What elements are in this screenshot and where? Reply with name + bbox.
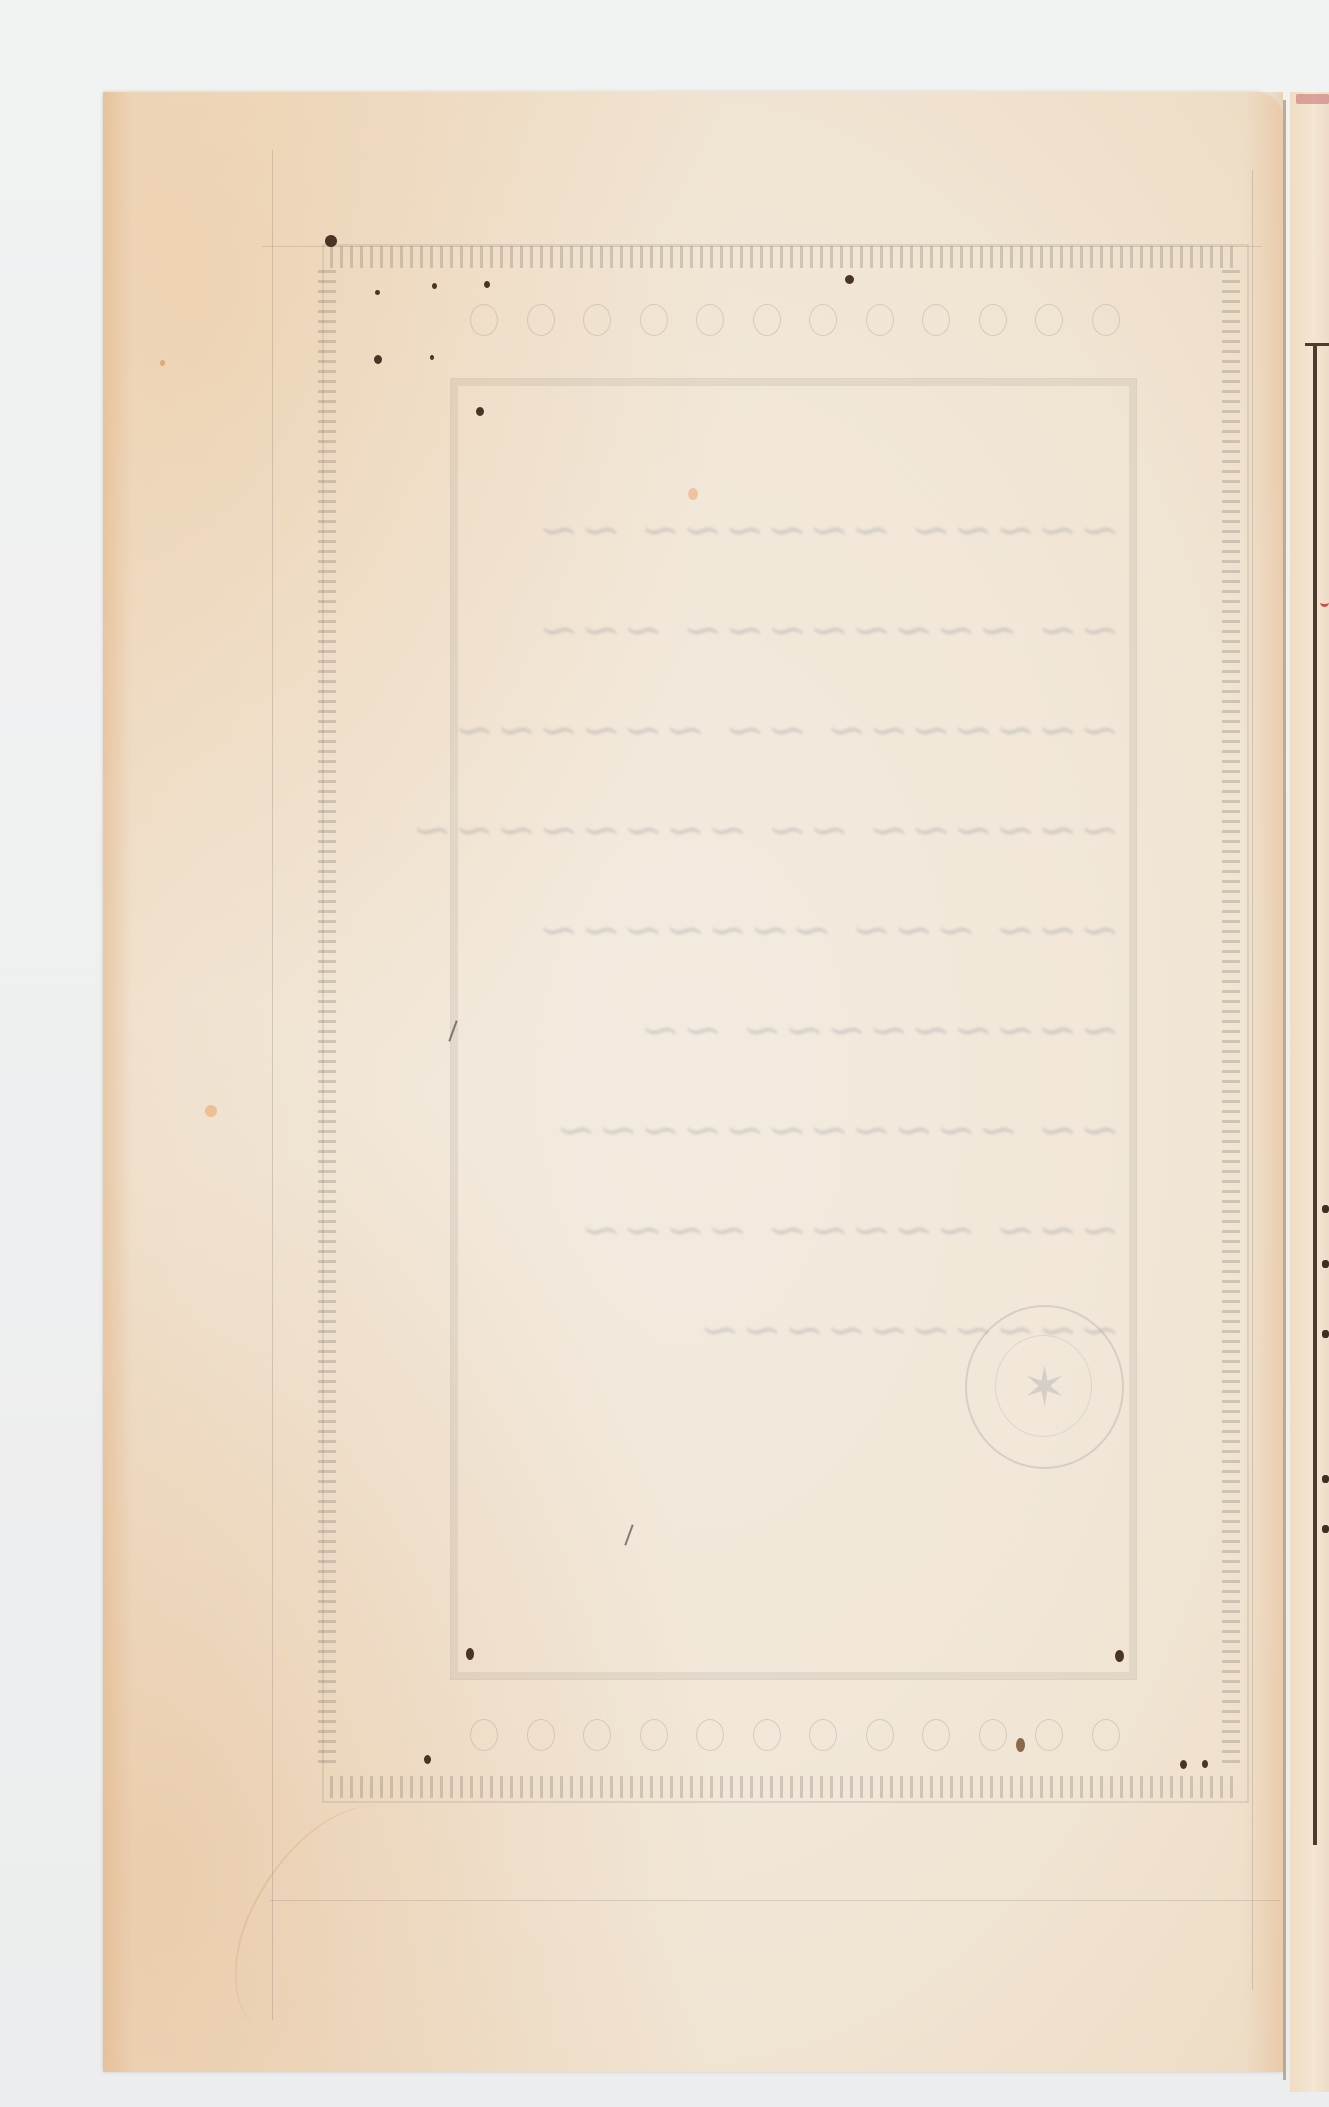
- star-icon: ✶: [1022, 1356, 1067, 1419]
- ink-spot: [484, 281, 490, 288]
- facing-page-ink: [1322, 1525, 1329, 1533]
- gutter-fold: [1283, 100, 1286, 2080]
- dentil-border-top: [330, 246, 1240, 268]
- roundel-ornament: [470, 304, 498, 336]
- roundel-ornament: [753, 304, 781, 336]
- roundel-ornament: [583, 1719, 611, 1751]
- facing-page-rule-top: [1305, 343, 1329, 346]
- roundel-ornament: [866, 304, 894, 336]
- roundel-ornament: [922, 304, 950, 336]
- facing-page-ink: [1322, 1475, 1329, 1483]
- dentil-border-right: [1222, 270, 1240, 1770]
- foxing-spot: [160, 360, 165, 366]
- ink-spot: [1115, 1650, 1124, 1662]
- ink-spot: [374, 355, 382, 364]
- roundel-ornament: [922, 1719, 950, 1751]
- roundel-ornament: [696, 304, 724, 336]
- roundel-ornament: [640, 1719, 668, 1751]
- pencil-guide-left: [272, 150, 273, 2020]
- roundel-ornament: [979, 304, 1007, 336]
- roundel-ornament: [527, 1719, 555, 1751]
- showthrough-line: ~~~~~~~~~ ~~: [520, 980, 1120, 1080]
- showthrough-line: ~~~ ~~~~~ ~~~~: [520, 1180, 1120, 1280]
- ink-spot: [1016, 1738, 1025, 1752]
- ink-spot: [476, 407, 484, 416]
- roundel-ornament: [866, 1719, 894, 1751]
- roundel-row-top: [470, 303, 1120, 337]
- ink-spot: [424, 1755, 431, 1764]
- ink-spot: [1180, 1760, 1187, 1769]
- roundel-ornament: [1035, 304, 1063, 336]
- roundel-ornament: [979, 1719, 1007, 1751]
- showthrough-line: ~~ ~~~~~~~~ ~~~: [520, 580, 1120, 680]
- showthrough-line: ~~~~~~ ~~ ~~~~~~~~: [520, 780, 1120, 880]
- roundel-ornament: [1092, 304, 1120, 336]
- ink-spot: [432, 283, 437, 289]
- roundel-ornament: [583, 304, 611, 336]
- ink-spot: [845, 275, 854, 284]
- water-stain: [206, 1770, 463, 2074]
- roundel-ornament: [753, 1719, 781, 1751]
- roundel-ornament: [640, 304, 668, 336]
- ink-spot: [325, 235, 337, 247]
- library-stamp: ✶: [965, 1305, 1124, 1469]
- ink-spot: [430, 355, 434, 360]
- showthrough-line: ~~~ ~~~ ~~~~~~~: [520, 880, 1120, 980]
- ink-spot: [1202, 1760, 1208, 1768]
- roundel-ornament: [696, 1719, 724, 1751]
- foxing-spot: [688, 488, 698, 500]
- foxing-spot: [205, 1105, 217, 1117]
- roundel-ornament: [527, 304, 555, 336]
- showthrough-line: ~~~~~ ~~~~~~ ~~: [520, 480, 1120, 580]
- facing-page-red-mark: [1320, 598, 1329, 607]
- dentil-border-bottom: [330, 1776, 1240, 1798]
- showthrough-handwriting: ~~~~~ ~~~~~~ ~~ ~~ ~~~~~~~~ ~~~ ~~~~~~~ …: [520, 480, 1120, 1380]
- ink-spot: [375, 290, 380, 295]
- facing-page-ink: [1322, 1330, 1329, 1338]
- left-edge-foxing: [103, 92, 133, 2072]
- pencil-guide-bottom: [270, 1900, 1280, 1901]
- facing-page-red-edge: [1296, 94, 1329, 104]
- facing-page-rule: [1313, 345, 1317, 1845]
- showthrough-line: ~~ ~~~~~~~~~~~: [520, 1080, 1120, 1180]
- gutter-shading: [1243, 92, 1283, 2072]
- roundel-ornament: [1035, 1719, 1063, 1751]
- dentil-border-left: [318, 270, 336, 1770]
- facing-page-edge: [1290, 92, 1329, 2092]
- roundel-ornament: [470, 1719, 498, 1751]
- roundel-ornament: [809, 1719, 837, 1751]
- showthrough-line: ~~~~~~~ ~~ ~~~~~~: [520, 680, 1120, 780]
- facing-page-ink: [1322, 1205, 1329, 1213]
- roundel-ornament: [1092, 1719, 1120, 1751]
- facing-page-ink: [1322, 1260, 1329, 1268]
- pencil-guide-right: [1252, 170, 1253, 1990]
- roundel-ornament: [809, 304, 837, 336]
- ink-spot: [466, 1648, 474, 1660]
